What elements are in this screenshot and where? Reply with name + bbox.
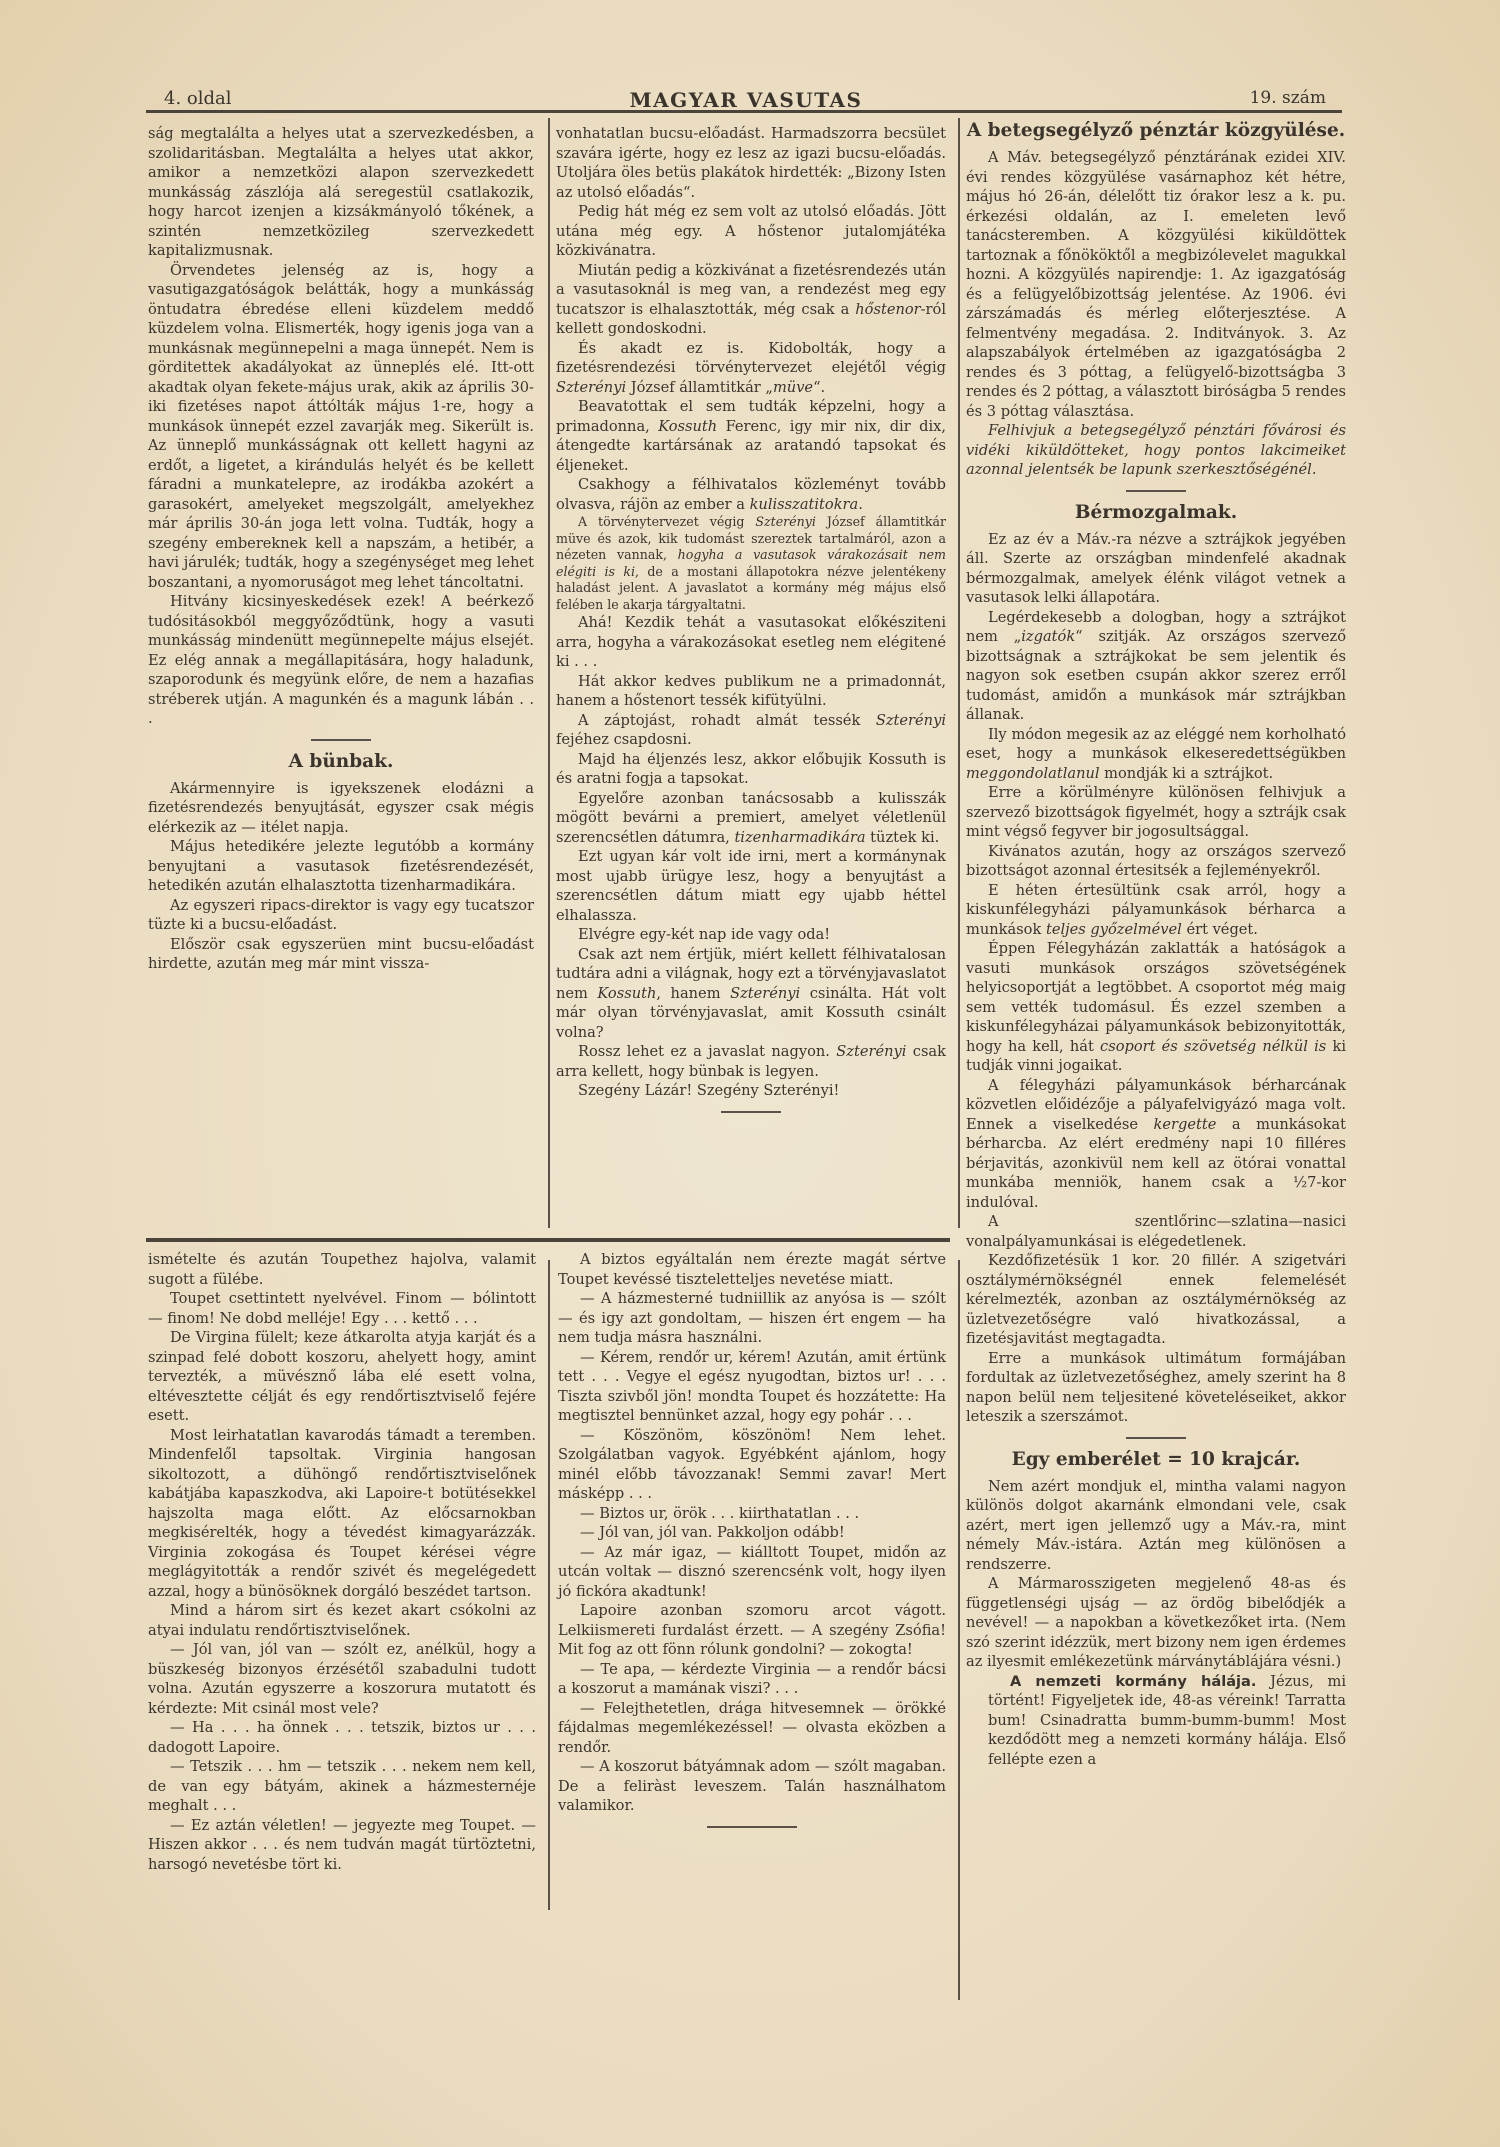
masthead: 4. oldal MAGYAR VASUTAS 19. szám [146, 88, 1346, 110]
quoted-newspaper-excerpt: A nemzeti kormány hálája. Jézus, mi tört… [966, 1672, 1346, 1770]
article-paragraph: Ez az év a Máv.-ra nézve a sztrájkok jeg… [966, 530, 1346, 608]
column-2-top: vonhatatlan bucsu-előadást. Harmadszorra… [556, 124, 946, 1123]
column-3: A betegsegélyző pénztár közgyülése. A Má… [966, 120, 1346, 1769]
feuilleton-paragraph: — Felejthetetlen, drága hitvesemnek — ör… [558, 1699, 946, 1758]
section-separator [1126, 490, 1186, 492]
article-paragraph: Legérdekesebb a dologban, hogy a sztrájk… [966, 608, 1346, 725]
newspaper-title: MAGYAR VASUTAS [146, 88, 1346, 112]
feuilleton-rule [146, 1238, 950, 1242]
article-paragraph: Örvendetes jelenség az is, hogy a vasuti… [148, 261, 534, 593]
article-paragraph: Erre a munkások ultimátum formájában for… [966, 1349, 1346, 1427]
article-paragraph: Kezdőfizetésük 1 kor. 20 fillér. A szige… [966, 1251, 1346, 1349]
feuilleton-paragraph: — Jól van, jól van — szólt ez, anélkül, … [148, 1640, 536, 1718]
feuilleton-paragraph: A biztos egyáltalán nem érezte magát sér… [558, 1250, 946, 1289]
article-title-emberelet: Egy emberélet = 10 krajcár. [966, 1449, 1346, 1471]
masthead-rule [146, 110, 1342, 113]
column-1-top: ság megtalálta a helyes utat a szervezke… [148, 124, 534, 974]
article-paragraph: A Mármarosszigeten megjelenő 48-as és fü… [966, 1574, 1346, 1672]
article-paragraph: Az egyszeri ripacs-direktor is vagy egy … [148, 896, 534, 935]
section-separator [1126, 1437, 1186, 1439]
article-paragraph: Éppen Félegyházán zaklatták a hatóságok … [966, 939, 1346, 1076]
article-title-bunbak: A bünbak. [148, 751, 534, 773]
feuilleton-paragraph: ismételte és azután Toupethez hajolva, v… [148, 1250, 536, 1289]
feuilleton-paragraph: Toupet csettintett nyelvével. Finom — bó… [148, 1289, 536, 1328]
article-paragraph: Csakhogy a félhivatalos közleményt továb… [556, 475, 946, 514]
article-paragraph: Elvégre egy-két nap ide vagy oda! [556, 925, 946, 945]
article-paragraph: És akadt ez is. Kidobolták, hogy a fizet… [556, 339, 946, 398]
feuilleton-paragraph: — Ez aztán véletlen! — jegyezte meg Toup… [148, 1816, 536, 1875]
feuilleton-paragraph: — Ha . . . ha önnek . . . tetszik, bizto… [148, 1718, 536, 1757]
article-paragraph: Majd ha éljenzés lesz, akkor előbujik Ko… [556, 750, 946, 789]
article-paragraph: Kivánatos azután, hogy az országos szerv… [966, 842, 1346, 881]
article-paragraph: vonhatatlan bucsu-előadást. Harmadszorra… [556, 124, 946, 202]
article-paragraph: Pedig hát még ez sem volt az utolsó előa… [556, 202, 946, 261]
article-paragraph: Akármennyire is igyekszenek elodázni a f… [148, 779, 534, 838]
column-divider-4 [958, 1260, 960, 2000]
quoted-communique: A törvénytervezet végig Szterényi József… [556, 514, 946, 613]
newspaper-page: 4. oldal MAGYAR VASUTAS 19. szám [146, 88, 1346, 110]
article-title-betegsegelyzo: A betegsegélyző pénztár közgyülése. [966, 120, 1346, 142]
feuilleton-paragraph: — A házmesterné tudniillik az anyósa is … [558, 1289, 946, 1348]
article-paragraph: Először csak egyszerüen mint bucsu-előad… [148, 935, 534, 974]
article-paragraph: A szentlőrinc—szlatina—nasici vonalpálya… [966, 1212, 1346, 1251]
article-paragraph: Nem azért mondjuk el, mintha valami nagy… [966, 1477, 1346, 1575]
article-paragraph: Ily módon megesik az az eléggé nem korho… [966, 725, 1346, 784]
feuilleton-paragraph: Mind a három sirt és kezet akart csókoln… [148, 1601, 536, 1640]
feuilleton-paragraph: — Te apa, — kérdezte Virginia — a rendőr… [558, 1660, 946, 1699]
feuilleton-paragraph: — Jól van, jól van. Pakkoljon odább! [558, 1523, 946, 1543]
section-separator [721, 1111, 781, 1113]
feuilleton-paragraph: — Tetszik . . . hm — tetszik . . . nekem… [148, 1757, 536, 1816]
column-divider-3 [548, 1260, 550, 1910]
feuilleton-paragraph: — Biztos ur, örök . . . kiirthatatlan . … [558, 1504, 946, 1524]
feuilleton-column-2: A biztos egyáltalán nem érezte magát sér… [558, 1250, 946, 1838]
feuilleton-paragraph: De Virgina fülelt; keze átkarolta atyja … [148, 1328, 536, 1426]
column-divider-1 [548, 118, 550, 1228]
article-paragraph: A félegyházi pályamunkások bérharcának k… [966, 1076, 1346, 1213]
article-paragraph: Egyelőre azonban tanácsosabb a kulisszák… [556, 789, 946, 848]
article-title-bermozgalmak: Bérmozgalmak. [966, 502, 1346, 524]
article-paragraph: Hitvány kicsinyeskedések ezek! A beérkez… [148, 592, 534, 729]
article-paragraph: Csak azt nem értjük, miért kellett félhi… [556, 945, 946, 1043]
issue-number: 19. szám [1250, 88, 1326, 108]
article-paragraph: Szegény Lázár! Szegény Szterényi! [556, 1081, 946, 1101]
article-continuation: ság megtalálta a helyes utat a szervezke… [148, 124, 534, 261]
quote-title: A nemzeti kormány hálája. [1010, 1673, 1256, 1690]
article-paragraph: Hát akkor kedves publikum ne a primadonn… [556, 672, 946, 711]
feuilleton-paragraph: Lapoire azonban szomoru arcot vágott. Le… [558, 1601, 946, 1660]
article-paragraph: E héten értesültünk csak arról, hogy a k… [966, 881, 1346, 940]
article-paragraph: Ezt ugyan kár volt ide irni, mert a korm… [556, 847, 946, 925]
article-paragraph: Miután pedig a közkivánat a fizetésrende… [556, 261, 946, 339]
article-paragraph: Erre a körülményre különösen felhivjuk a… [966, 783, 1346, 842]
article-paragraph: A Máv. betegsegélyző pénztárának ezidei … [966, 148, 1346, 421]
article-paragraph: Beavatottak el sem tudták képzelni, hogy… [556, 397, 946, 475]
article-paragraph: Május hetedikére jelezte legutóbb a korm… [148, 837, 534, 896]
article-notice: Felhivjuk a betegsegélyző pénztári fővár… [966, 421, 1346, 480]
column-divider-2 [958, 118, 960, 1228]
article-paragraph: A záptojást, rohadt almát tessék Szterén… [556, 711, 946, 750]
article-paragraph: Ahá! Kezdik tehát a vasutasokat előkészi… [556, 613, 946, 672]
feuilleton-paragraph: — Az már igaz, — kiálltott Toupet, midőn… [558, 1543, 946, 1602]
feuilleton-paragraph: — Kérem, rendőr ur, kérem! Azután, amit … [558, 1348, 946, 1426]
section-separator [311, 739, 371, 741]
feuilleton-paragraph: Most leirhatatlan kavarodás támadt a ter… [148, 1426, 536, 1602]
feuilleton-column-1: ismételte és azután Toupethez hajolva, v… [148, 1250, 536, 1874]
feuilleton-paragraph: — Köszönöm, köszönöm! Nem lehet. Szolgál… [558, 1426, 946, 1504]
section-separator [707, 1826, 797, 1828]
feuilleton-paragraph: — A koszorut bátyámnak adom — szólt maga… [558, 1757, 946, 1816]
article-paragraph: Rossz lehet ez a javaslat nagyon. Szteré… [556, 1042, 946, 1081]
